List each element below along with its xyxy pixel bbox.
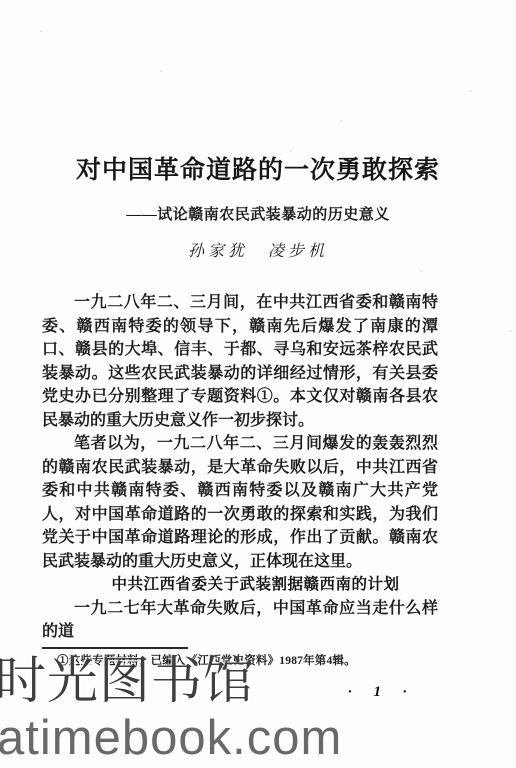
- article-body: 一九二八年二、三月间，在中共江西省委和赣南特委、赣西南特委的领导下，赣南先后爆发…: [42, 291, 438, 644]
- footnote-separator-rule: [42, 647, 188, 649]
- paragraph-1: 一九二八年二、三月间，在中共江西省委和赣南特委、赣西南特委的领导下，赣南先后爆发…: [42, 291, 438, 432]
- section-paragraph-first-line: 一九二七年大革命失败后，中国革命应当走什么样的道: [42, 597, 438, 644]
- scan-noise: [40, 30, 42, 32]
- article-title: 对中国革命道路的一次勇敢探索: [0, 150, 516, 186]
- article-subtitle: ——试论赣南农民武装暴动的历史意义: [0, 203, 516, 224]
- page-number: · 1 ·: [348, 684, 416, 701]
- watermark-chinese-library: 时光图书馆: [0, 655, 255, 706]
- author-names: 孙家犹 凌步机: [0, 238, 516, 261]
- section-heading: 中共江西省委关于武装割据赣西南的计划: [42, 573, 438, 597]
- watermark-website-url: atimebook.com: [0, 712, 342, 764]
- scanned-document-page: 对中国革命道路的一次勇敢探索 ——试论赣南农民武装暴动的历史意义 孙家犹 凌步机…: [0, 0, 516, 768]
- paragraph-2: 笔者以为，一九二八年二、三月间爆发的轰轰烈烈的赣南农民武装暴动，是大革命失败以后…: [42, 432, 438, 573]
